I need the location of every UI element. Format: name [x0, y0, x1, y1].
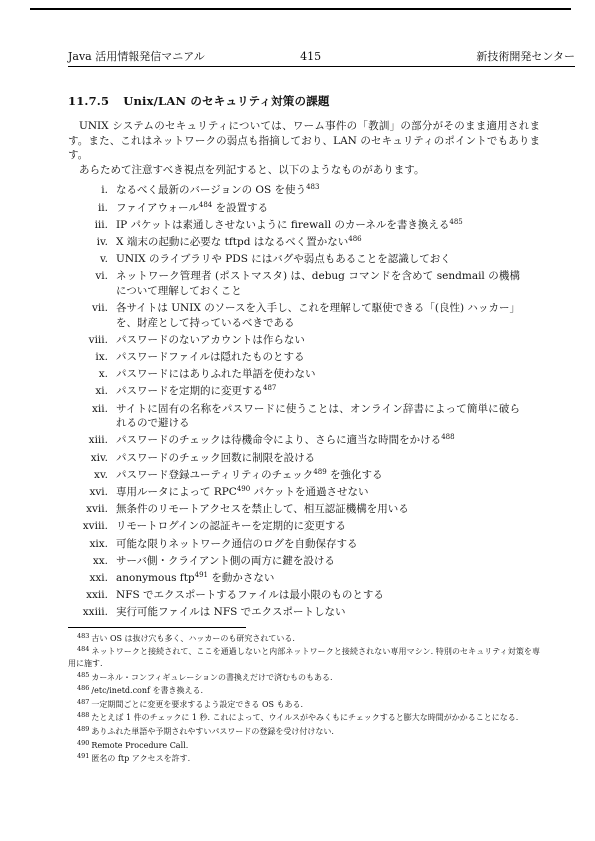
list-item-number: xi. [68, 384, 116, 399]
footnote-number: 486 [77, 684, 89, 692]
list-item: x.パスワードにはありふれた単語を使わない [68, 367, 520, 382]
list-item: xviii.リモートログインの認証キーを定期的に変更する [68, 519, 520, 534]
footnote: 486/etc/inetd.conf を書き換える. [68, 683, 540, 697]
list-item: vi.ネットワーク管理者 (ポストマスタ) は、debug コマンドを含めて s… [68, 269, 520, 298]
footnote-ref: 491 [195, 571, 208, 579]
footnote-ref: 487 [263, 384, 276, 392]
footnotes-block: 483古い OS は抜け穴も多く、ハッカーのも研究されている.484ネットワーク… [68, 631, 540, 765]
security-measures-list: i.なるべく最新のバージョンの OS を使う483ii.ファイアウォール484 … [68, 183, 520, 620]
footnote: 488たとえば 1 件のチェックに 1 秒. これによって、ウイルスがやみくもに… [68, 710, 540, 724]
list-item-text: 可能な限りネットワーク通信のログを自動保存する [116, 537, 520, 552]
footnote-number: 490 [77, 739, 89, 747]
footnote: 484ネットワークと接続されて、ここを通過しないと内部ネットワークと接続されない… [68, 644, 540, 669]
footnote-text: ネットワークと接続されて、ここを通過しないと内部ネットワークと接続されない専用マ… [68, 647, 540, 668]
list-item-number: xv. [68, 468, 116, 483]
list-item: i.なるべく最新のバージョンの OS を使う483 [68, 183, 520, 198]
footnote: 491匿名の ftp アクセスを許す. [68, 751, 540, 765]
list-item-number: x. [68, 367, 116, 382]
list-item-text: サーバ側・クライアント側の両方に鍵を設ける [116, 554, 520, 569]
list-item: iii.IP パケットは素通しさせないように firewall のカーネルを書き… [68, 218, 520, 233]
footnote-ref: 488 [441, 433, 454, 441]
list-item-number: xxii. [68, 588, 116, 603]
paragraph-lead-in: あらためて注意すべき視点を列記すると、以下のようなものがあります。 [68, 163, 540, 178]
list-item-number: ix. [68, 350, 116, 365]
list-item-number: vi. [68, 269, 116, 298]
footnote-separator-rule [68, 627, 246, 628]
list-item: xx.サーバ側・クライアント側の両方に鍵を設ける [68, 554, 520, 569]
footnote-number: 487 [77, 698, 89, 706]
list-item-text: 無条件のリモートアクセスを禁止して、相互認証機構を用いる [116, 502, 520, 517]
list-item-text: IP パケットは素通しさせないように firewall のカーネルを書き換える4… [116, 218, 520, 233]
footnote-text: たとえば 1 件のチェックに 1 秒. これによって、ウイルスがやみくもにチェッ… [91, 713, 518, 722]
footnote: 490Remote Procedure Call. [68, 738, 540, 752]
header-organization: 新技術開発センター [476, 50, 575, 63]
footnote-ref: 486 [348, 235, 361, 243]
list-item-text: 各サイトは UNIX のソースを入手し、これを理解して駆使できる「(良性) ハッ… [116, 301, 520, 330]
list-item-text: 専用ルータによって RPC490 パケットを通過させない [116, 485, 520, 500]
list-item: xxiii.実行可能ファイルは NFS でエクスポートしない [68, 605, 520, 620]
list-item: xiv.パスワードのチェック回数に制限を設ける [68, 451, 520, 466]
paragraph-intro: UNIX システムのセキュリティについては、ワーム事件の「教訓」の部分がそのまま… [68, 119, 540, 163]
list-item-number: xiv. [68, 451, 116, 466]
footnote-ref: 483 [306, 183, 319, 191]
list-item: xv.パスワード登録ユーティリティのチェック489 を強化する [68, 468, 520, 483]
list-item-number: iv. [68, 235, 116, 250]
page-content: Java 活用情報発信マニアル 415 新技術開発センター 11.7.5Unix… [68, 50, 540, 765]
list-item-text: パスワードのないアカウントは作らない [116, 333, 520, 348]
footnote: 483古い OS は抜け穴も多く、ハッカーのも研究されている. [68, 631, 540, 645]
footnote-number: 491 [77, 752, 89, 760]
list-item: iv.X 端末の起動に必要な tftpd はなるべく置かない486 [68, 235, 520, 250]
footnote-ref: 489 [313, 468, 326, 476]
list-item-text: ネットワーク管理者 (ポストマスタ) は、debug コマンドを含めて send… [116, 269, 520, 298]
footnote-text: Remote Procedure Call. [91, 741, 188, 750]
list-item-number: xviii. [68, 519, 116, 534]
footnote-number: 485 [77, 671, 89, 679]
footnote-number: 489 [77, 725, 89, 733]
list-item-number: xii. [68, 402, 116, 431]
list-item-number: v. [68, 252, 116, 267]
list-item: viii.パスワードのないアカウントは作らない [68, 333, 520, 348]
list-item-text: パスワード登録ユーティリティのチェック489 を強化する [116, 468, 520, 483]
list-item-text: NFS でエクスポートするファイルは最小限のものとする [116, 588, 520, 603]
list-item-text: UNIX のライブラリや PDS にはバグや弱点もあることを認識しておく [116, 252, 520, 267]
footnote-number: 484 [77, 645, 89, 653]
list-item: xii.サイトに固有の名称をパスワードに使うことは、オンライン辞書によって簡単に… [68, 402, 520, 431]
list-item-number: vii. [68, 301, 116, 330]
page-header: Java 活用情報発信マニアル 415 新技術開発センター [68, 50, 575, 67]
list-item-text: anonymous ftp491 を動かさない [116, 571, 520, 586]
footnote: 485カーネル・コンフィギュレーションの書換えだけで済むものもある. [68, 670, 540, 684]
list-item: xiii.パスワードのチェックは待機命令により、さらに適当な時間をかける488 [68, 433, 520, 448]
list-item-text: サイトに固有の名称をパスワードに使うことは、オンライン辞書によって簡単に破られる… [116, 402, 520, 431]
list-item-number: xix. [68, 537, 116, 552]
list-item-number: xvii. [68, 502, 116, 517]
list-item-number: ii. [68, 201, 116, 216]
list-item-number: xx. [68, 554, 116, 569]
list-item-text: パスワードのチェック回数に制限を設ける [116, 451, 520, 466]
footnote-number: 483 [77, 632, 89, 640]
section-number: 11.7.5 [68, 94, 109, 108]
list-item-text: X 端末の起動に必要な tftpd はなるべく置かない486 [116, 235, 520, 250]
list-item-text: リモートログインの認証キーを定期的に変更する [116, 519, 520, 534]
list-item: vii.各サイトは UNIX のソースを入手し、これを理解して駆使できる「(良性… [68, 301, 520, 330]
page-number: 415 [300, 50, 321, 63]
top-border-rule [30, 8, 571, 10]
section-heading: 11.7.5Unix/LAN のセキュリティ対策の課題 [68, 93, 540, 109]
footnote: 489ありふれた単語や予期されやすいパスワードの登録を受け付けない. [68, 724, 540, 738]
list-item-number: xiii. [68, 433, 116, 448]
footnote-text: 一定期間ごとに変更を要求するよう設定できる OS もある. [91, 700, 303, 709]
document-page: Java 活用情報発信マニアル 415 新技術開発センター 11.7.5Unix… [0, 0, 595, 841]
list-item-text: なるべく最新のバージョンの OS を使う483 [116, 183, 520, 198]
footnote-text: カーネル・コンフィギュレーションの書換えだけで済むものもある. [91, 673, 332, 682]
list-item-text: パスワードのチェックは待機命令により、さらに適当な時間をかける488 [116, 433, 520, 448]
list-item-number: iii. [68, 218, 116, 233]
list-item: ix.パスワードファイルは隠れたものとする [68, 350, 520, 365]
list-item-text: パスワードファイルは隠れたものとする [116, 350, 520, 365]
list-item-text: パスワードにはありふれた単語を使わない [116, 367, 520, 382]
footnote-ref: 485 [449, 218, 462, 226]
list-item-number: xxiii. [68, 605, 116, 620]
list-item: xxi.anonymous ftp491 を動かさない [68, 571, 520, 586]
list-item-text: ファイアウォール484 を設置する [116, 201, 520, 216]
list-item: xvii.無条件のリモートアクセスを禁止して、相互認証機構を用いる [68, 502, 520, 517]
footnote-text: /etc/inetd.conf を書き換える. [91, 686, 203, 695]
header-document-title: Java 活用情報発信マニアル [68, 50, 205, 63]
list-item: xix.可能な限りネットワーク通信のログを自動保存する [68, 537, 520, 552]
list-item: v.UNIX のライブラリや PDS にはバグや弱点もあることを認識しておく [68, 252, 520, 267]
footnote-text: 古い OS は抜け穴も多く、ハッカーのも研究されている. [91, 634, 295, 643]
footnote-text: 匿名の ftp アクセスを許す. [91, 754, 190, 763]
list-item-number: viii. [68, 333, 116, 348]
section-title: Unix/LAN のセキュリティ対策の課題 [123, 94, 329, 108]
footnote-text: ありふれた単語や予期されやすいパスワードの登録を受け付けない. [91, 727, 334, 736]
list-item: xvi.専用ルータによって RPC490 パケットを通過させない [68, 485, 520, 500]
list-item-text: パスワードを定期的に変更する487 [116, 384, 520, 399]
footnote-ref: 484 [199, 201, 212, 209]
list-item-number: i. [68, 183, 116, 198]
footnote-number: 488 [77, 711, 89, 719]
list-item-number: xvi. [68, 485, 116, 500]
list-item: xi.パスワードを定期的に変更する487 [68, 384, 520, 399]
list-item: xxii.NFS でエクスポートするファイルは最小限のものとする [68, 588, 520, 603]
list-item-text: 実行可能ファイルは NFS でエクスポートしない [116, 605, 520, 620]
list-item-number: xxi. [68, 571, 116, 586]
footnote: 487一定期間ごとに変更を要求するよう設定できる OS もある. [68, 697, 540, 711]
list-item: ii.ファイアウォール484 を設置する [68, 201, 520, 216]
footnote-ref: 490 [237, 485, 250, 493]
